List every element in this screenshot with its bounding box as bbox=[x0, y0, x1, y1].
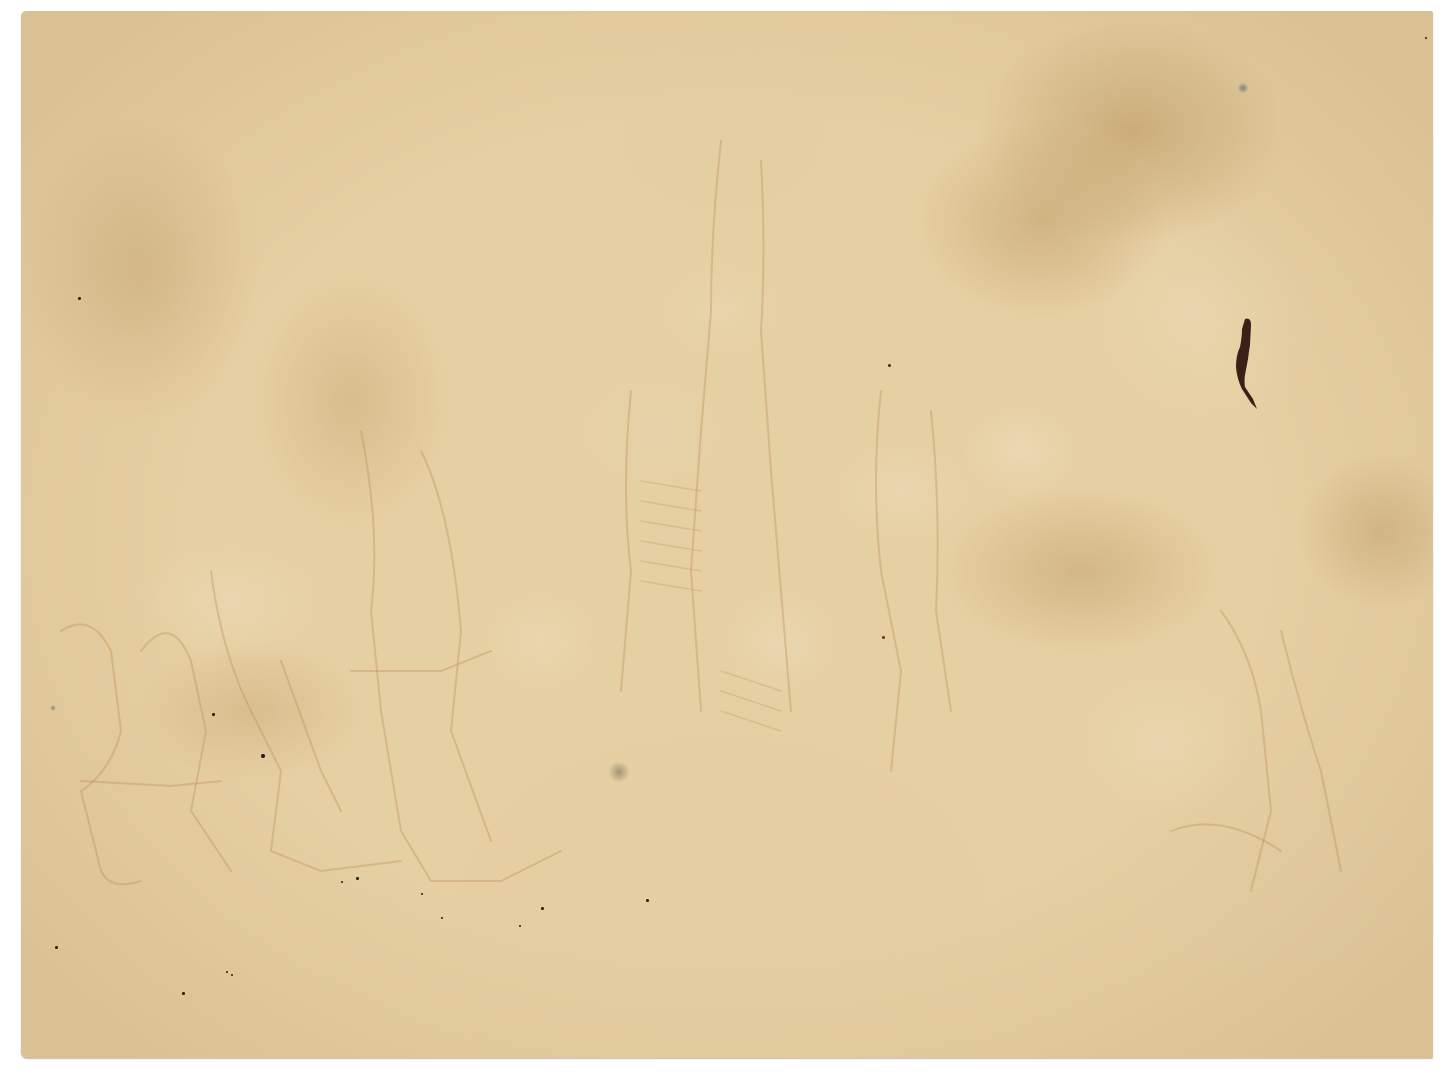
ghost-figure-bleedthrough bbox=[21, 11, 1433, 1058]
edge-darkening bbox=[21, 11, 1433, 1058]
foxing-dot bbox=[182, 992, 185, 995]
foxing-dot bbox=[212, 713, 215, 716]
foxing-dot bbox=[356, 877, 359, 880]
foxing-dot bbox=[519, 925, 521, 927]
foxing-dot bbox=[888, 364, 891, 367]
foxing-dot bbox=[261, 754, 265, 758]
foxing-dot bbox=[78, 297, 81, 300]
foxing-dot bbox=[341, 881, 343, 883]
foxing-dot bbox=[646, 899, 649, 902]
blue-gray-speck bbox=[1237, 83, 1249, 93]
water-stains bbox=[21, 11, 1433, 1058]
foxing-dot bbox=[441, 917, 443, 919]
aged-paper-card bbox=[21, 11, 1433, 1058]
blue-speck-left bbox=[50, 705, 56, 711]
foxing-dot bbox=[1425, 37, 1427, 39]
gray-stain-spot bbox=[608, 761, 630, 783]
foxing-dot bbox=[55, 946, 58, 949]
ink-blot-mark bbox=[1231, 317, 1271, 417]
foxing-dot bbox=[231, 974, 233, 976]
foxing-dot bbox=[226, 971, 228, 973]
foxing-dot bbox=[882, 636, 885, 639]
foxing-dot bbox=[541, 907, 544, 910]
foxing-dot bbox=[421, 893, 423, 895]
